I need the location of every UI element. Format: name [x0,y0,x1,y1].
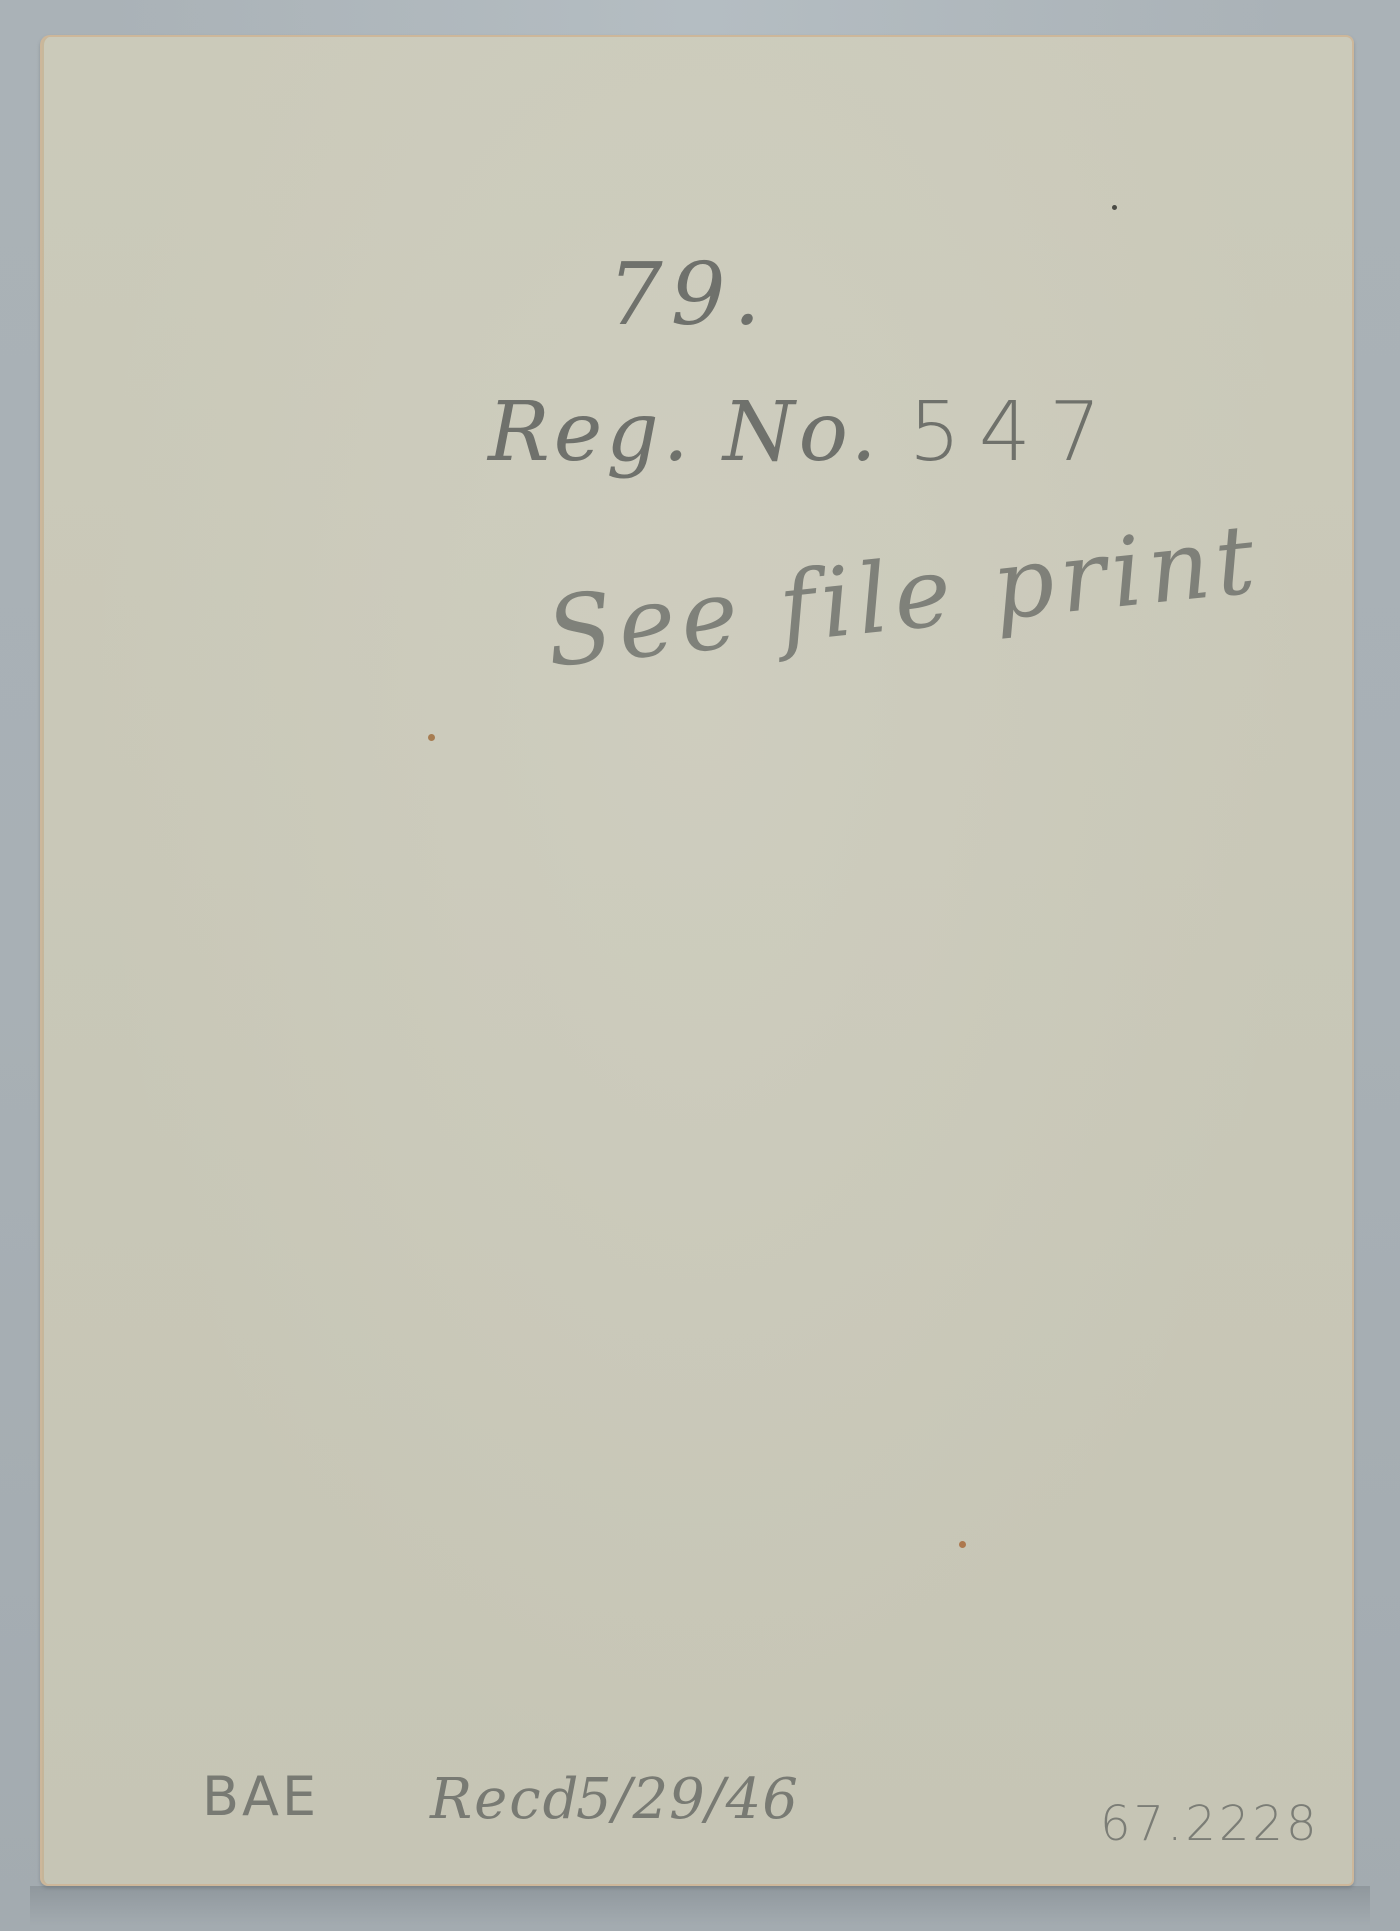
card-shadow [30,1886,1370,1926]
foxing-spot [959,1541,966,1548]
foxing-spot [428,734,435,741]
accession-number: 67.2228 [1100,1800,1320,1848]
item-number-inscription: 79. [608,252,769,338]
registration-number-inscription: Reg. No.547 [488,392,1119,474]
registration-number: 547 [909,385,1120,480]
received-label: Recd [430,1772,581,1828]
institution-inscription: BAE [202,1770,319,1824]
registration-label: Reg. No. [488,385,881,480]
pencil-dot-mark [1112,205,1117,210]
received-date: 5/29/46 [576,1772,799,1828]
